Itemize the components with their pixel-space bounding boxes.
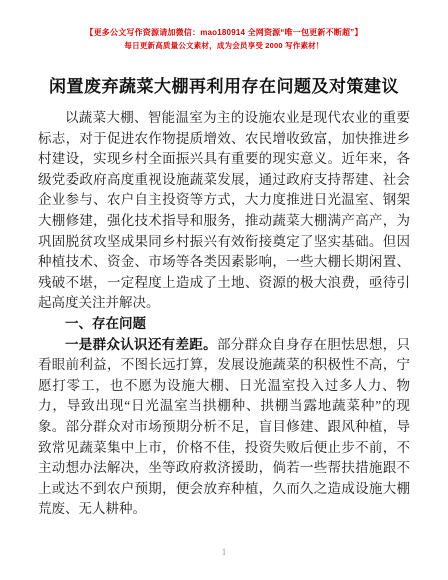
document-page: 【更多公文写作资源请加微信：mao180914 全网资源“唯一包更新不断超”】 … xyxy=(0,0,448,580)
promo-notice-line1: 【更多公文写作资源请加微信：mao180914 全网资源“唯一包更新不断超”】 xyxy=(0,26,448,39)
page-number: 1 xyxy=(0,548,448,558)
section-heading-problems: 一、存在问题 xyxy=(38,314,410,335)
problem-paragraph-1-text: 部分群众自身存在胆怯思想，只看眼前利益，不图长远打算，发展设施蔬菜的积极性不高，… xyxy=(38,337,410,517)
problem-paragraph-1-lead: 一是群众认识还有差距。 xyxy=(65,337,217,352)
promo-notice-line2: 每日更新高质量公文素材，成为会员享受 2000 写作素材！ xyxy=(0,39,448,52)
document-body: 以蔬菜大棚、智能温室为主的设施农业是现代农业的重要标志，对于促进农作物提质增效、… xyxy=(38,108,410,520)
problem-paragraph-1: 一是群众认识还有差距。部分群众自身存在胆怯思想，只看眼前利益，不图长远打算，发展… xyxy=(38,335,410,520)
promo-notice: 【更多公文写作资源请加微信：mao180914 全网资源“唯一包更新不断超”】 … xyxy=(0,26,448,52)
page-title: 闲置废弃蔬菜大棚再利用存在问题及对策建议 xyxy=(20,76,428,98)
intro-paragraph: 以蔬菜大棚、智能温室为主的设施农业是现代农业的重要标志，对于促进农作物提质增效、… xyxy=(38,108,410,314)
